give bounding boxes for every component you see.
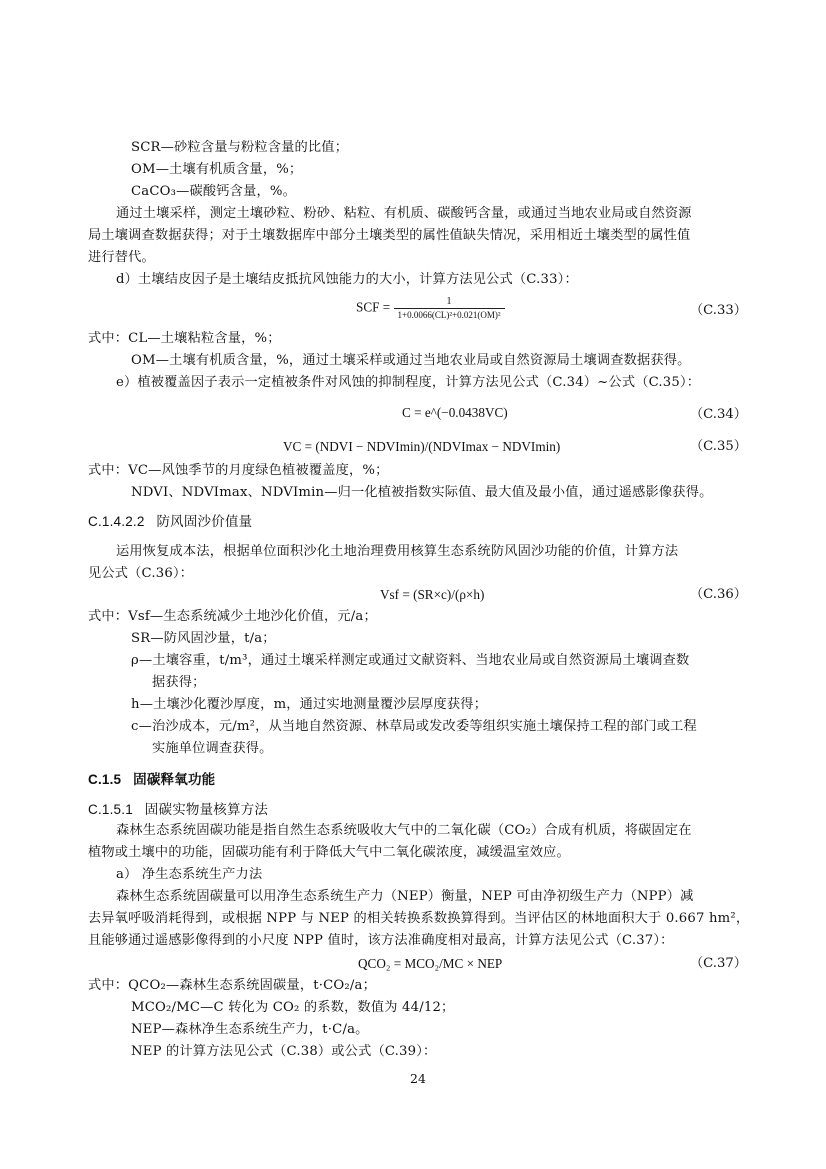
heading-title: 防风固沙价值量 (156, 514, 252, 529)
variable-definition: CaCO₃—碳酸钙含量，%。 (131, 183, 296, 201)
variable-definition: OM—土壤有机质含量，%； (131, 161, 302, 179)
variable-definition: MCO₂/MC—C 转化为 CO₂ 的系数，数值为 44/12； (131, 999, 454, 1017)
section-heading-c15: C.1.5 固碳释氧功能 (88, 771, 215, 789)
section-heading-c151: C.1.5.1 固碳实物量核算方法 (88, 801, 268, 819)
variable-definition: SR—防风固沙量，t/a； (131, 630, 276, 648)
formula-c35: VC = (NDVI − NDVImin)/(NDVImax − NDVImin… (283, 438, 560, 456)
formula-c33: SCF = 1 1+0.0066(CL)²+0.021(OM)² (356, 296, 505, 321)
heading-number: C.1.4.2.2 (88, 514, 145, 529)
formula-c37: QCO₂ = MCO₂/MC × NEP (358, 955, 502, 973)
equation-number: （C.37） (690, 955, 747, 973)
paragraph-line: 森林生态系统固碳功能是指自然生态系统吸收大气中的二氧化碳（CO₂）合成有机质，将… (116, 822, 692, 840)
heading-number: C.1.5 (88, 772, 121, 787)
heading-title: 固碳实物量核算方法 (145, 802, 268, 817)
variable-definition-cont: 据获得； (152, 674, 206, 692)
document-page: SCR—砂粒含量与粉粒含量的比值； OM—土壤有机质含量，%； CaCO₃—碳酸… (0, 0, 826, 1169)
heading-number: C.1.5.1 (88, 802, 133, 817)
equation-number: （C.36） (690, 586, 747, 604)
formula-lhs: SCF = (356, 300, 390, 315)
section-heading-c1422: C.1.4.2.2 防风固沙价值量 (88, 513, 252, 531)
heading-title: 固碳释氧功能 (133, 772, 215, 787)
variable-definition: OM—土壤有机质含量，%，通过土壤采样或通过当地农业局或自然资源局土壤调查数据获… (131, 352, 691, 370)
list-item-a: a） 净生态系统生产力法 (116, 866, 262, 884)
formula-c34: C = e^(−0.0438VC) (402, 404, 508, 422)
paragraph-line: 森林生态系统固碳量可以用净生态系统生产力（NEP）衡量，NEP 可由净初级生产力… (116, 888, 694, 906)
formula-c36: Vsf = (SR×c)/(ρ×h) (380, 586, 484, 604)
variable-definition: h—土壤沙化覆沙厚度，m，通过实地测量覆沙层厚度获得； (131, 696, 487, 714)
variable-definition-cont: 实施单位调查获得。 (152, 740, 273, 758)
paragraph-line: 通过土壤采样，测定土壤砂粒、粉砂、粘粒、有机质、碳酸钙含量，或通过当地农业局或自… (116, 205, 692, 223)
variable-definition: 式中：Vsf—生态系统减少土地沙化价值，元/a； (88, 608, 377, 626)
variable-definition: NDVI、NDVImax、NDVImin—归一化植被指数实际值、最大值及最小值，… (131, 484, 712, 502)
list-item-d: d）土壤结皮因子是土壤结皮抵抗风蚀能力的大小，计算方法见公式（C.33）： (116, 271, 578, 289)
paragraph-line: 进行替代。 (88, 249, 155, 267)
paragraph-line: 见公式（C.36）： (88, 565, 193, 583)
numerator: 1 (394, 296, 505, 309)
variable-definition: ρ—土壤容重，t/m³，通过土壤采样测定或通过文献资料、当地农业局或自然资源局土… (131, 652, 689, 670)
variable-definition: 式中：QCO₂—森林生态系统固碳量，t·CO₂/a； (88, 977, 376, 995)
list-item-e: e）植被覆盖因子表示一定植被条件对风蚀的抑制程度，计算方法见公式（C.34）~公… (116, 374, 700, 392)
equation-number: （C.34） (690, 406, 747, 424)
variable-definition: 式中：CL—土壤粘粒含量，%； (88, 330, 281, 348)
variable-definition: NEP 的计算方法见公式（C.38）或公式（C.39）： (131, 1043, 436, 1061)
variable-definition: SCR—砂粒含量与粉粒含量的比值； (131, 139, 348, 157)
variable-definition: NEP—森林净生态系统生产力，t·C/a。 (131, 1021, 369, 1039)
paragraph-line: 去异氧呼吸消耗得到，或根据 NPP 与 NEP 的相关转换系数换算得到。当评估区… (88, 910, 749, 928)
fraction: 1 1+0.0066(CL)²+0.021(OM)² (394, 296, 505, 321)
paragraph-line: 植物或土壤中的功能，固碳功能有利于降低大气中二氧化碳浓度，减缓温室效应。 (88, 844, 570, 862)
page-number: 24 (410, 1071, 426, 1086)
paragraph-line: 局土壤调查数据获得；对于土壤数据库中部分土壤类型的属性值缺失情况，采用相近土壤类… (88, 227, 690, 245)
equation-number: （C.33） (690, 302, 747, 320)
denominator: 1+0.0066(CL)²+0.021(OM)² (394, 309, 505, 321)
variable-definition: c—治沙成本，元/m²，从当地自然资源、林草局或发改委等组织实施土壤保持工程的部… (131, 718, 697, 736)
paragraph-line: 且能够通过遥感影像得到的小尺度 NPP 值时，该方法准确度相对最高，计算方法见公… (88, 932, 674, 950)
paragraph-line: 运用恢复成本法，根据单位面积沙化土地治理费用核算生态系统防风固沙功能的价值，计算… (116, 543, 678, 561)
variable-definition: 式中：VC—风蚀季节的月度绿色植被覆盖度，%； (88, 462, 389, 480)
equation-number: （C.35） (690, 438, 747, 456)
